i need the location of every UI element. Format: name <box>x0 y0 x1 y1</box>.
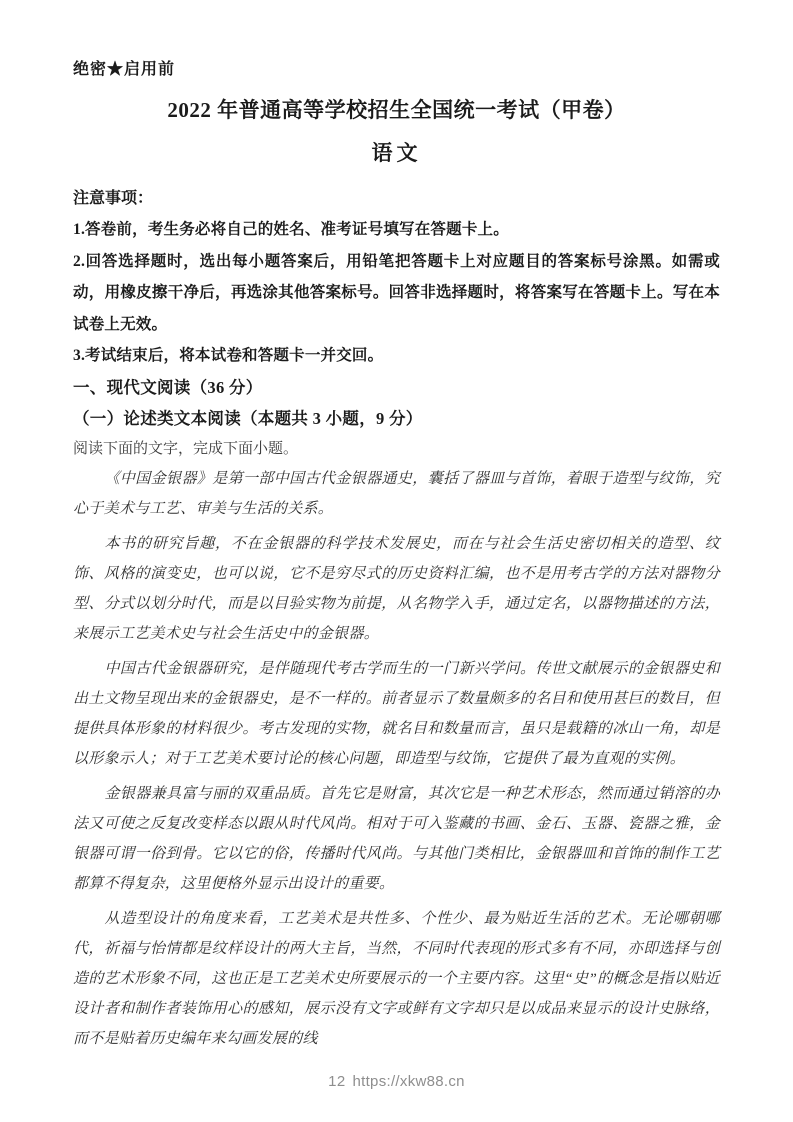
passage-paragraph-1: 《中国金银器》是第一部中国古代金银器通史，囊括了器皿与首饰，着眼于造型与纹饰，究… <box>73 464 720 524</box>
section-heading-modern-text-reading: 一、现代文阅读（36 分） <box>73 372 720 403</box>
security-classification-label: 绝密★启用前 <box>73 60 720 80</box>
notice-item-2: 2.回答选择题时，选出每小题答案后，用铅笔把答题卡上对应题目的答案标号涂黑。如需… <box>73 246 720 341</box>
reading-instruction: 阅读下面的文字，完成下面小题。 <box>73 434 720 464</box>
notices-heading: 注意事项： <box>73 184 720 214</box>
exam-page: 绝密★启用前 2022 年普通高等学校招生全国统一考试（甲卷） 语文 注意事项：… <box>0 0 793 1122</box>
site-url: https://xkw88.cn <box>352 1073 464 1090</box>
passage-paragraph-5: 从造型设计的角度来看，工艺美术是共性多、个性少、最为贴近生活的艺术。无论哪朝哪代… <box>73 904 720 1054</box>
subject-title: 语文 <box>73 139 720 167</box>
passage-paragraph-3: 中国古代金银器研究，是伴随现代考古学而生的一门新兴学问。传世文献展示的金银器史和… <box>73 654 720 774</box>
reading-passage: 《中国金银器》是第一部中国古代金银器通史，囊括了器皿与首饰，着眼于造型与纹饰，究… <box>73 464 720 1054</box>
exam-title: 2022 年普通高等学校招生全国统一考试（甲卷） <box>73 95 720 125</box>
page-footer: 12https://xkw88.cn <box>0 1073 793 1090</box>
notice-item-1: 1.答卷前，考生务必将自己的姓名、准考证号填写在答题卡上。 <box>73 214 720 246</box>
passage-paragraph-4: 金银器兼具富与丽的双重品质。首先它是财富，其次它是一种艺术形态，然而通过销溶的办… <box>73 779 720 899</box>
notice-item-3: 3.考试结束后，将本试卷和答题卡一并交回。 <box>73 340 720 372</box>
subsection-heading-argumentative-reading: （一）论述类文本阅读（本题共 3 小题，9 分） <box>73 403 720 434</box>
notices-section: 注意事项： 1.答卷前，考生务必将自己的姓名、准考证号填写在答题卡上。 2.回答… <box>73 184 720 372</box>
passage-paragraph-2: 本书的研究旨趣，不在金银器的科学技术发展史，而在与社会生活史密切相关的造型、纹饰… <box>73 529 720 649</box>
page-number: 12 <box>328 1073 345 1090</box>
